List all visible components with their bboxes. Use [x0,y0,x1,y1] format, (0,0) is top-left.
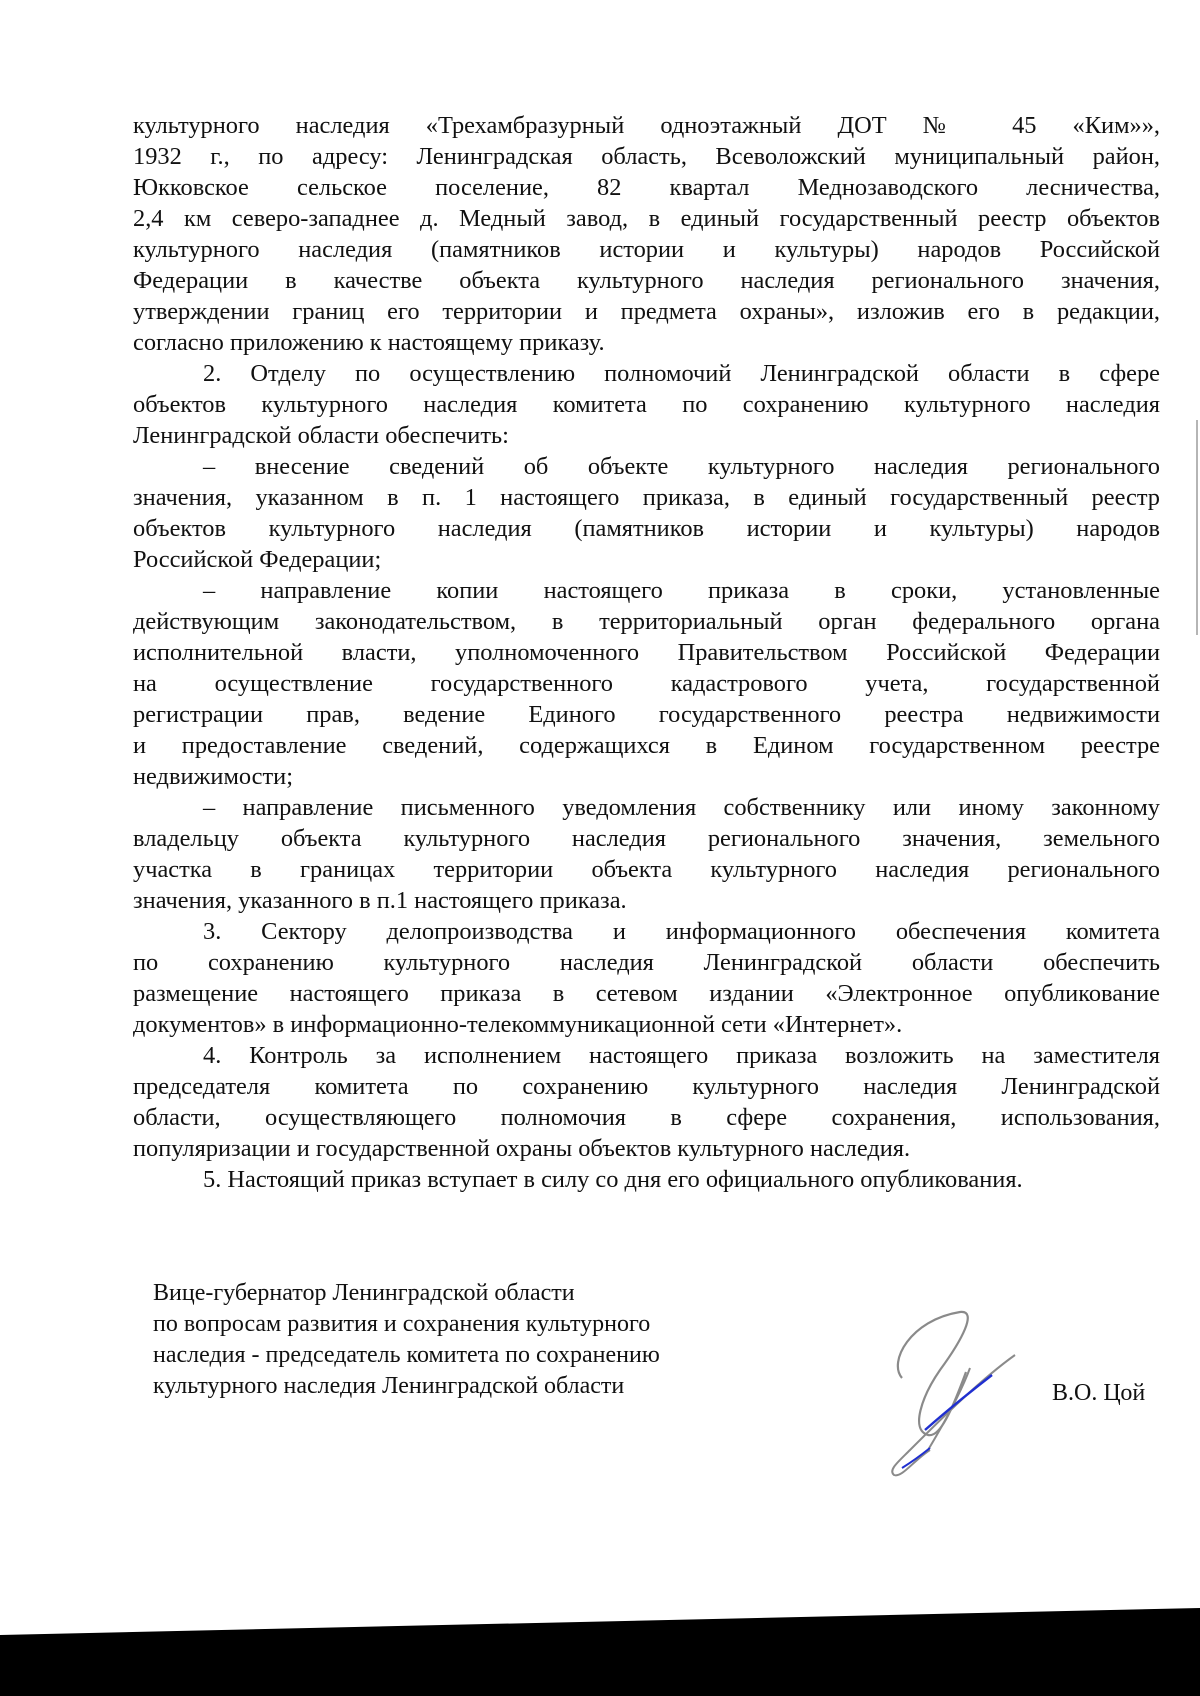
text-line: размещение настоящего приказа в сетевом … [133,978,1160,1009]
scan-border-bottom [0,1600,1200,1696]
scan-edge-line [1196,420,1198,635]
document-page: культурного наследия «Трехамбразурный од… [0,0,1200,1696]
text-line: согласно приложению к настоящему приказу… [133,327,1160,358]
text-line: и предоставление сведений, содержащихся … [133,730,1160,761]
text-line: значения, указанном в п. 1 настоящего пр… [133,482,1160,513]
text-line: объектов культурного наследия (памятнико… [133,513,1160,544]
text-line: участка в границах территории объекта ку… [133,854,1160,885]
position-line: наследия - председатель комитета по сохр… [153,1340,753,1371]
handwritten-signature-icon [870,1300,1030,1480]
position-line: культурного наследия Ленинградской облас… [153,1371,753,1402]
text-line: недвижимости; [133,761,1160,792]
text-line: области, осуществляющего полномочия в сф… [133,1102,1160,1133]
text-line: владельцу объекта культурного наследия р… [133,823,1160,854]
text-line: 1932 г., по адресу: Ленинградская област… [133,141,1160,172]
text-line: документов» в информационно-телекоммуник… [133,1009,1160,1040]
text-line: председателя комитета по сохранению куль… [133,1071,1160,1102]
text-line: 2,4 км северо-западнее д. Медный завод, … [133,203,1160,234]
text-line: по сохранению культурного наследия Ленин… [133,947,1160,978]
text-line: действующим законодательством, в террито… [133,606,1160,637]
text-line: популяризации и государственной охраны о… [133,1133,1160,1164]
text-line: утверждении границ его территории и пред… [133,296,1160,327]
paragraph-2-start: 2. Отделу по осуществлению полномочий Ле… [133,358,1160,389]
position-line: Вице-губернатор Ленинградской области [153,1278,753,1309]
signatory-name: В.О. Цой [1052,1378,1145,1409]
position-line: по вопросам развития и сохранения культу… [153,1309,753,1340]
bullet-item-1: – внесение сведений об объекте культурно… [133,451,1160,482]
text-line: исполнительной власти, уполномоченного П… [133,637,1160,668]
bullet-item-3: – направление письменного уведомления со… [133,792,1160,823]
text-line: культурного наследия (памятников истории… [133,234,1160,265]
text-line: Российской Федерации; [133,544,1160,575]
paragraph-4-start: 4. Контроль за исполнением настоящего пр… [133,1040,1160,1071]
text-line: Юкковское сельское поселение, 82 квартал… [133,172,1160,203]
bullet-item-2: – направление копии настоящего приказа в… [133,575,1160,606]
text-line: объектов культурного наследия комитета п… [133,389,1160,420]
text-line: значения, указанного в п.1 настоящего пр… [133,885,1160,916]
paragraph-5: 5. Настоящий приказ вступает в силу со д… [133,1164,1160,1195]
paragraph-3-start: 3. Сектору делопроизводства и информацио… [133,916,1160,947]
text-line: культурного наследия «Трехамбразурный од… [133,110,1160,141]
text-line: на осуществление государственного кадаст… [133,668,1160,699]
text-line: Федерации в качестве объекта культурного… [133,265,1160,296]
signatory-position: Вице-губернатор Ленинградской области по… [153,1278,753,1402]
text-line: регистрации прав, ведение Единого госуда… [133,699,1160,730]
text-line: Ленинградской области обеспечить: [133,420,1160,451]
document-body: культурного наследия «Трехамбразурный од… [133,110,1160,1195]
